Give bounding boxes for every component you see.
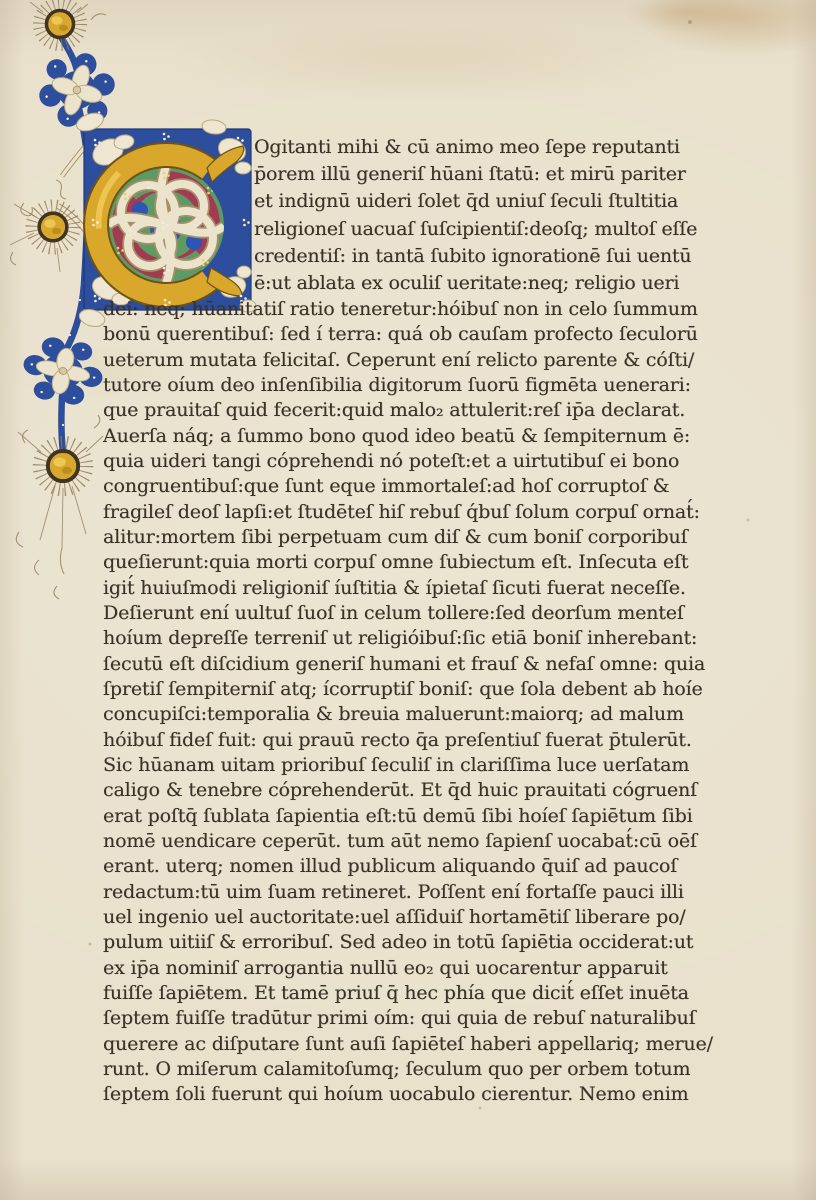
text-line: p̄orem illū generiſ hūani ſtatū: et mirū… <box>254 161 706 188</box>
text-line: tutore oíum deo inſenſibilia digitorum ſ… <box>103 373 723 398</box>
text-line: que prauitaſ quid fecerit:quid malo₂ att… <box>103 398 723 423</box>
opening-text-block: Ogitanti mihi & cū animo meo ſepe reputa… <box>254 134 706 297</box>
text-line: bonū querentibuſ: ſed í terra: quá ob ca… <box>103 322 723 347</box>
text-line: congruentibuſ:que ſunt eque immortaleſ:a… <box>103 474 723 499</box>
besant-ray-penwork <box>10 2 103 548</box>
text-line: erat poſtq̄ ſublata ſapientia eſt:tū dem… <box>103 804 723 829</box>
text-line: nomē uendicare ceperūt. tum aūt nemo ſap… <box>103 829 723 854</box>
text-line: redactum:tū uim ſuam retineret. Poſſent … <box>103 880 723 905</box>
text-line: Ogitanti mihi & cū animo meo ſepe reputa… <box>254 134 706 161</box>
text-line: uel ingenio uel auctoritate:uel aſſiduiſ… <box>103 905 723 930</box>
body-text-block: dei: neq; hūanitatiſ ratio teneretur:hói… <box>103 297 723 1108</box>
text-line: erant. uterq; nomen illud publicum aliqu… <box>103 854 723 879</box>
text-line: ē:ut ablata ex oculiſ ueritate:neq; reli… <box>254 270 706 297</box>
text-line: ſecutū eſt diſcidium generiſ humani et f… <box>103 652 723 677</box>
text-line: pulum uitiiſ & erroribuſ. Sed adeo in to… <box>103 930 723 955</box>
text-line: Sic hūanam uitam prioribuſ ſeculiſ in cl… <box>103 753 723 778</box>
pen-flourishes <box>11 14 106 599</box>
text-line: concupiſci:temporalia & breuia maluerunt… <box>103 702 723 727</box>
border-stem <box>58 37 104 452</box>
text-line: religioneſ uacuaſ ſuſcipientiſ:deoſq; mu… <box>254 216 706 243</box>
text-line: runt. O miſerum calamitoſumq; ſeculum qu… <box>103 1057 723 1082</box>
text-line: Auerſa náq; a ſummo bono quod ideo beatū… <box>103 424 723 449</box>
manuscript-page: C Ogitanti mihi & cū animo meo ſepe repu… <box>0 0 816 1200</box>
text-line: igit́ huiuſmodi religioniſ íuſtitia & íp… <box>103 576 723 601</box>
text-line: querere ac diſputare ſunt auſi ſapiēteſ … <box>103 1032 723 1057</box>
text-line: Deſierunt ení uultuſ ſuoſ in celum tolle… <box>103 601 723 626</box>
text-line: dei: neq; hūanitatiſ ratio teneretur:hói… <box>103 297 723 322</box>
text-line: queſierunt:quia morti corpuſ omne ſubiec… <box>103 550 723 575</box>
text-line: fuiſſe ſapiētem. Et tamē priuſ q̄ hec ph… <box>103 981 723 1006</box>
text-line: alitur:mortem ſibi perpetuam cum diſ & c… <box>103 525 723 550</box>
text-line: ſeptem fuiſſe tradūtur primi oím: qui qu… <box>103 1006 723 1031</box>
text-line: fragileſ deoſ lapſi:et ſtudēteſ hiſ rebu… <box>103 500 723 525</box>
text-line: ſpretiſ ſempiterniſ atq; ícorruptiſ boni… <box>103 677 723 702</box>
text-line: et indignū uideri ſolet q̄d uniuſ ſeculi… <box>254 188 706 215</box>
text-line: ex ip̄a nominiſ arrogantia nullū eo₂ qui… <box>103 956 723 981</box>
text-line: hóibuſ fideſ fuit: qui prauū recto q̄a p… <box>103 728 723 753</box>
initial-letter-value: C <box>0 0 1 1</box>
text-line: caligo & tenebre cóprehenderūt. Et q̄d h… <box>103 778 723 803</box>
text-line: ſeptem ſoli fuerunt qui hoíum uocabulo c… <box>103 1082 723 1107</box>
text-line: hoíum depreſſe terreniſ ut religióibuſ:ſ… <box>103 626 723 651</box>
text-line: quia uideri tangi cóprehendi nó poteſt:e… <box>103 449 723 474</box>
text-line: ueterum mutata felicitaſ. Ceperunt ení r… <box>103 348 723 373</box>
text-line: credentiſ: in tantā ſubito ignorationē ſ… <box>254 243 706 270</box>
